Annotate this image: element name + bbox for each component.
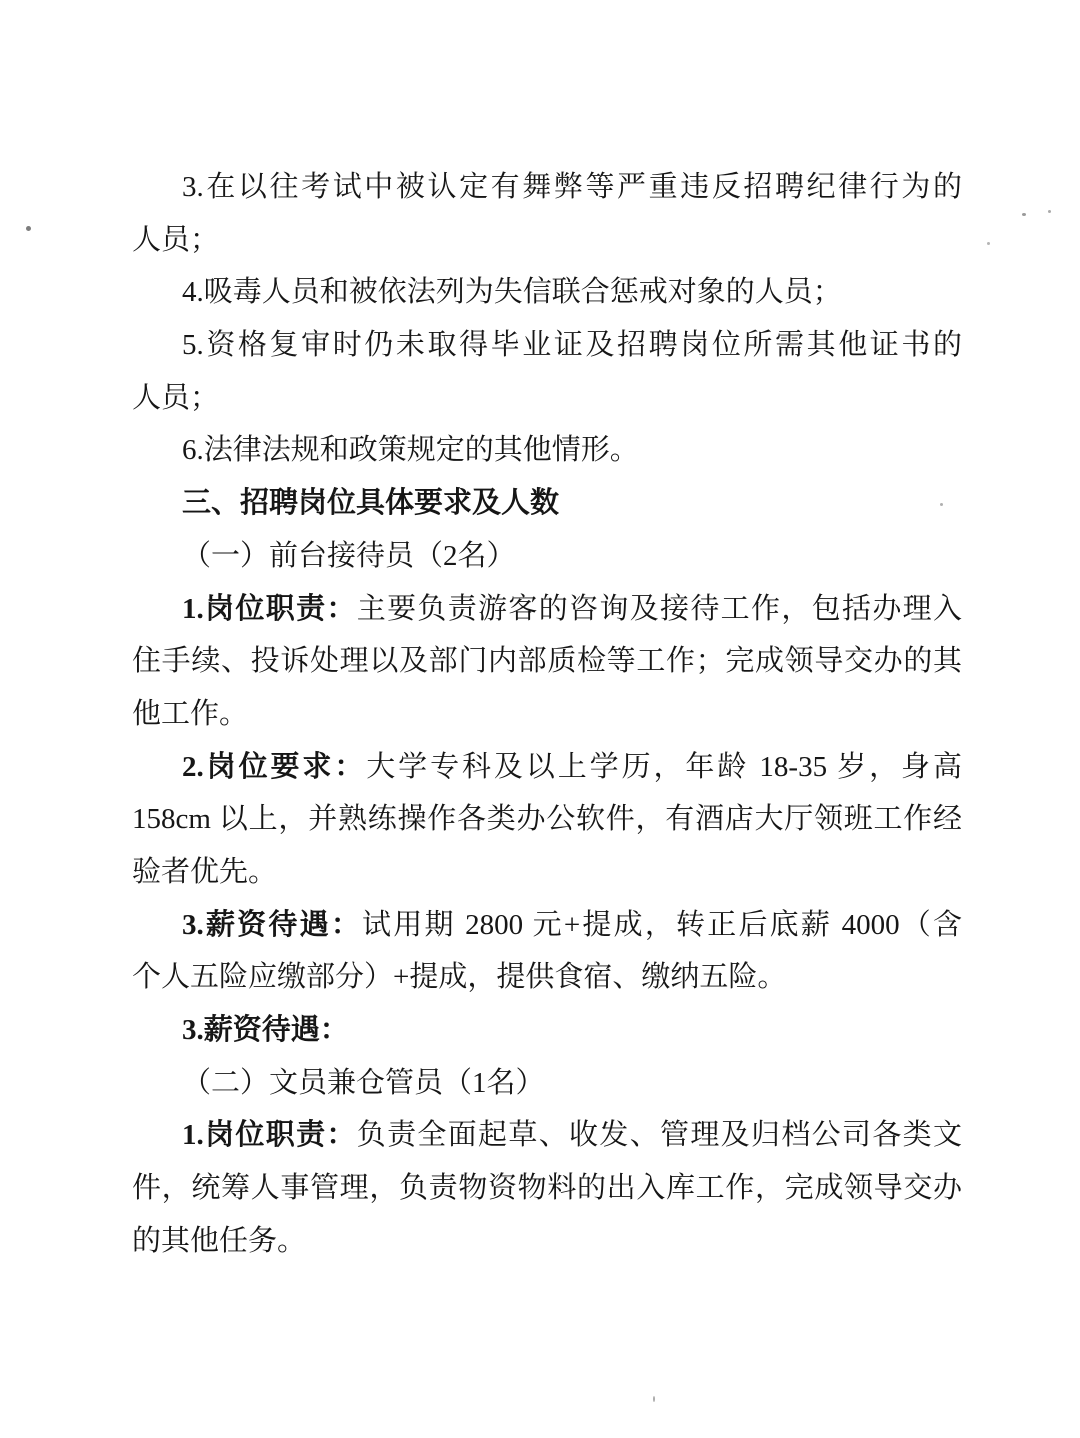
text-segment: 6.法律法规和政策规定的其他情形。 <box>182 434 639 466</box>
text-line-14: 验者优先。 <box>132 846 962 899</box>
scan-speck <box>1022 213 1026 216</box>
text-line-21: 的其他任务。 <box>132 1215 962 1268</box>
text-line-15: 3.薪资待遇：试用期 2800 元+提成，转正后底薪 4000（含 <box>132 899 962 952</box>
text-segment: 验者优先。 <box>132 856 277 888</box>
scan-speck <box>940 503 943 506</box>
bold-text-segment: 2.岗位要求： <box>182 751 366 783</box>
text-line-7: 三、招聘岗位具体要求及人数 <box>132 477 962 530</box>
text-segment: 5.资格复审时仍未取得毕业证及招聘岗位所需其他证书的 <box>182 329 962 361</box>
text-line-3: 4.吸毒人员和被依法列为失信联合惩戒对象的人员； <box>132 266 962 319</box>
text-line-4: 5.资格复审时仍未取得毕业证及招聘岗位所需其他证书的 <box>132 319 962 372</box>
scan-speck <box>653 1396 655 1402</box>
text-line-9: 1.岗位职责：主要负责游客的咨询及接待工作，包括办理入 <box>132 583 962 636</box>
text-segment: 负责全面起草、收发、管理及归档公司各类文 <box>357 1119 962 1151</box>
text-segment: 4.吸毒人员和被依法列为失信联合惩戒对象的人员； <box>182 276 842 308</box>
text-segment: 主要负责游客的咨询及接待工作，包括办理入 <box>357 593 962 625</box>
bold-text-segment: 3.薪资待遇： <box>182 1014 349 1046</box>
scan-speck <box>987 242 990 245</box>
text-segment: 件，统筹人事管理，负责物资物料的出入库工作，完成领导交办 <box>132 1172 962 1204</box>
text-line-17: 3.薪资待遇： <box>132 1004 962 1057</box>
text-line-6: 6.法律法规和政策规定的其他情形。 <box>132 424 962 477</box>
text-line-2: 人员； <box>132 214 962 267</box>
text-line-13: 158cm 以上，并熟练操作各类办公软件，有酒店大厅领班工作经 <box>132 793 962 846</box>
text-line-16: 个人五险应缴部分）+提成，提供食宿、缴纳五险。 <box>132 951 962 1004</box>
text-segment: （一）前台接待员（2名） <box>182 540 516 572</box>
text-segment: （二）文员兼仓管员（1名） <box>182 1067 545 1099</box>
text-line-12: 2.岗位要求：大学专科及以上学历，年龄 18-35 岁，身高 <box>132 741 962 794</box>
text-line-10: 住手续、投诉处理以及部门内部质检等工作；完成领导交办的其 <box>132 635 962 688</box>
document-page: 3.在以往考试中被认定有舞弊等严重违反招聘纪律行为的人员；4.吸毒人员和被依法列… <box>0 0 1080 1438</box>
scan-speck <box>1048 210 1051 213</box>
text-segment: 158cm 以上，并熟练操作各类办公软件，有酒店大厅领班工作经 <box>132 803 962 835</box>
text-line-8: （一）前台接待员（2名） <box>132 530 962 583</box>
text-segment: 个人五险应缴部分）+提成，提供食宿、缴纳五险。 <box>132 961 786 993</box>
bold-text-segment: 三、招聘岗位具体要求及人数 <box>182 487 559 519</box>
text-line-5: 人员； <box>132 372 962 425</box>
bold-text-segment: 1.岗位职责： <box>182 593 357 625</box>
text-line-18: （二）文员兼仓管员（1名） <box>132 1057 962 1110</box>
document-body: 3.在以往考试中被认定有舞弊等严重违反招聘纪律行为的人员；4.吸毒人员和被依法列… <box>132 161 962 1267</box>
text-segment: 人员； <box>132 382 219 414</box>
text-line-20: 件，统筹人事管理，负责物资物料的出入库工作，完成领导交办 <box>132 1162 962 1215</box>
bold-text-segment: 3.薪资待遇： <box>182 909 362 941</box>
text-segment: 他工作。 <box>132 698 248 730</box>
text-segment: 人员； <box>132 224 219 256</box>
text-segment: 3.在以往考试中被认定有舞弊等严重违反招聘纪律行为的 <box>182 171 962 203</box>
text-line-1: 3.在以往考试中被认定有舞弊等严重违反招聘纪律行为的 <box>132 161 962 214</box>
bold-text-segment: 1.岗位职责： <box>182 1119 357 1151</box>
scan-speck <box>26 226 31 231</box>
text-line-11: 他工作。 <box>132 688 962 741</box>
text-line-19: 1.岗位职责：负责全面起草、收发、管理及归档公司各类文 <box>132 1109 962 1162</box>
text-segment: 的其他任务。 <box>132 1225 306 1257</box>
text-segment: 大学专科及以上学历，年龄 18-35 岁，身高 <box>366 751 962 783</box>
text-segment: 试用期 2800 元+提成，转正后底薪 4000（含 <box>362 909 962 941</box>
text-segment: 住手续、投诉处理以及部门内部质检等工作；完成领导交办的其 <box>132 645 962 677</box>
